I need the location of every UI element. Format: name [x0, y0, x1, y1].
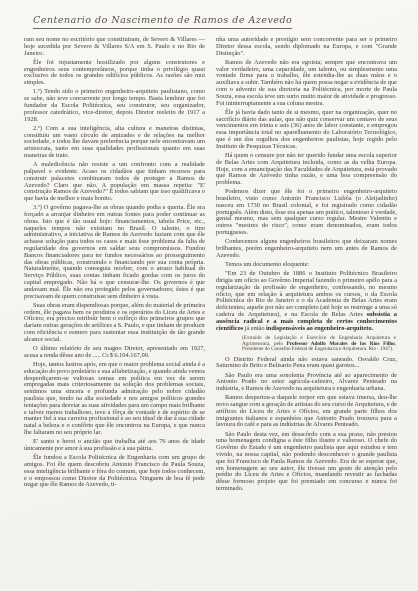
document-page: Centenario do Nascimento de Ramos de Aze…: [0, 0, 418, 591]
text-column-left: ram seu nome no escritório que constitui…: [24, 37, 205, 495]
paragraph: O último relatório de seu magno Diretor,…: [24, 346, 205, 360]
paragraph: 3.º) O govêrno pagava-lhe as obras quand…: [24, 205, 205, 300]
paragraph: Êle já havia dado tanto de si mesmo, que…: [216, 110, 397, 151]
paragraph: Podemos dizer que êle foi o primeiro eng…: [216, 189, 397, 237]
paragraph: ram seu nome no escritório que constitui…: [24, 37, 205, 57]
page-title: Centenario do Nascimento de Ramos de Aze…: [33, 15, 292, 29]
paragraph: Temos um documento eloquente:: [216, 262, 397, 269]
paragraph: São Paulo desta vez, em desacôrdo com a …: [216, 432, 397, 493]
paragraph: A maledicência não resiste a um confront…: [24, 162, 205, 203]
paragraph: "Em 23 de Outubro de 1886 o Instituto Po…: [216, 271, 397, 332]
paragraph: 2.º) Com a sua inteligência, alta cultur…: [24, 126, 205, 160]
paragraph: E' santo e heroi o ancião que trabalha a…: [24, 439, 205, 453]
article-body: ram seu nome no escritório que constitui…: [24, 37, 398, 495]
paragraph: Conhecemos alguns engenheiros brasileiro…: [216, 239, 397, 259]
paragraph: Suas obras eram dispendiosas porque, alé…: [24, 303, 205, 344]
title-row: Centenario do Nascimento de Ramos de Aze…: [33, 10, 398, 29]
paragraph: Ramos despertou-a daquele torpor em que …: [216, 395, 397, 429]
paragraph: O Distrito Federal ainda não estava sane…: [216, 357, 397, 371]
text-column-right: nha uma autoridade e prestígio sem conco…: [216, 37, 397, 495]
paragraph: 1.º) Tendo sido o primeiro engenheiro-ar…: [24, 89, 205, 123]
citation-note: (Extraído de Legislação e Exercício de E…: [242, 336, 396, 353]
paragraph: Hoje, tantos lustros após, em que o maio…: [24, 362, 205, 437]
paragraph: Ramos de Azevedo não era egoista; sempre…: [216, 60, 397, 108]
paragraph: Êle fundou a Escola Politécnica de Engen…: [24, 455, 205, 489]
paragraph: São Paulo era uma sonolenta Província at…: [216, 373, 397, 393]
paragraph: Há quem o censure por não ter querido fu…: [216, 153, 397, 187]
paragraph: Êle foi injustamente hostilizado por alg…: [24, 60, 205, 87]
paragraph: nha uma autoridade e prestígio sem conco…: [216, 37, 397, 57]
